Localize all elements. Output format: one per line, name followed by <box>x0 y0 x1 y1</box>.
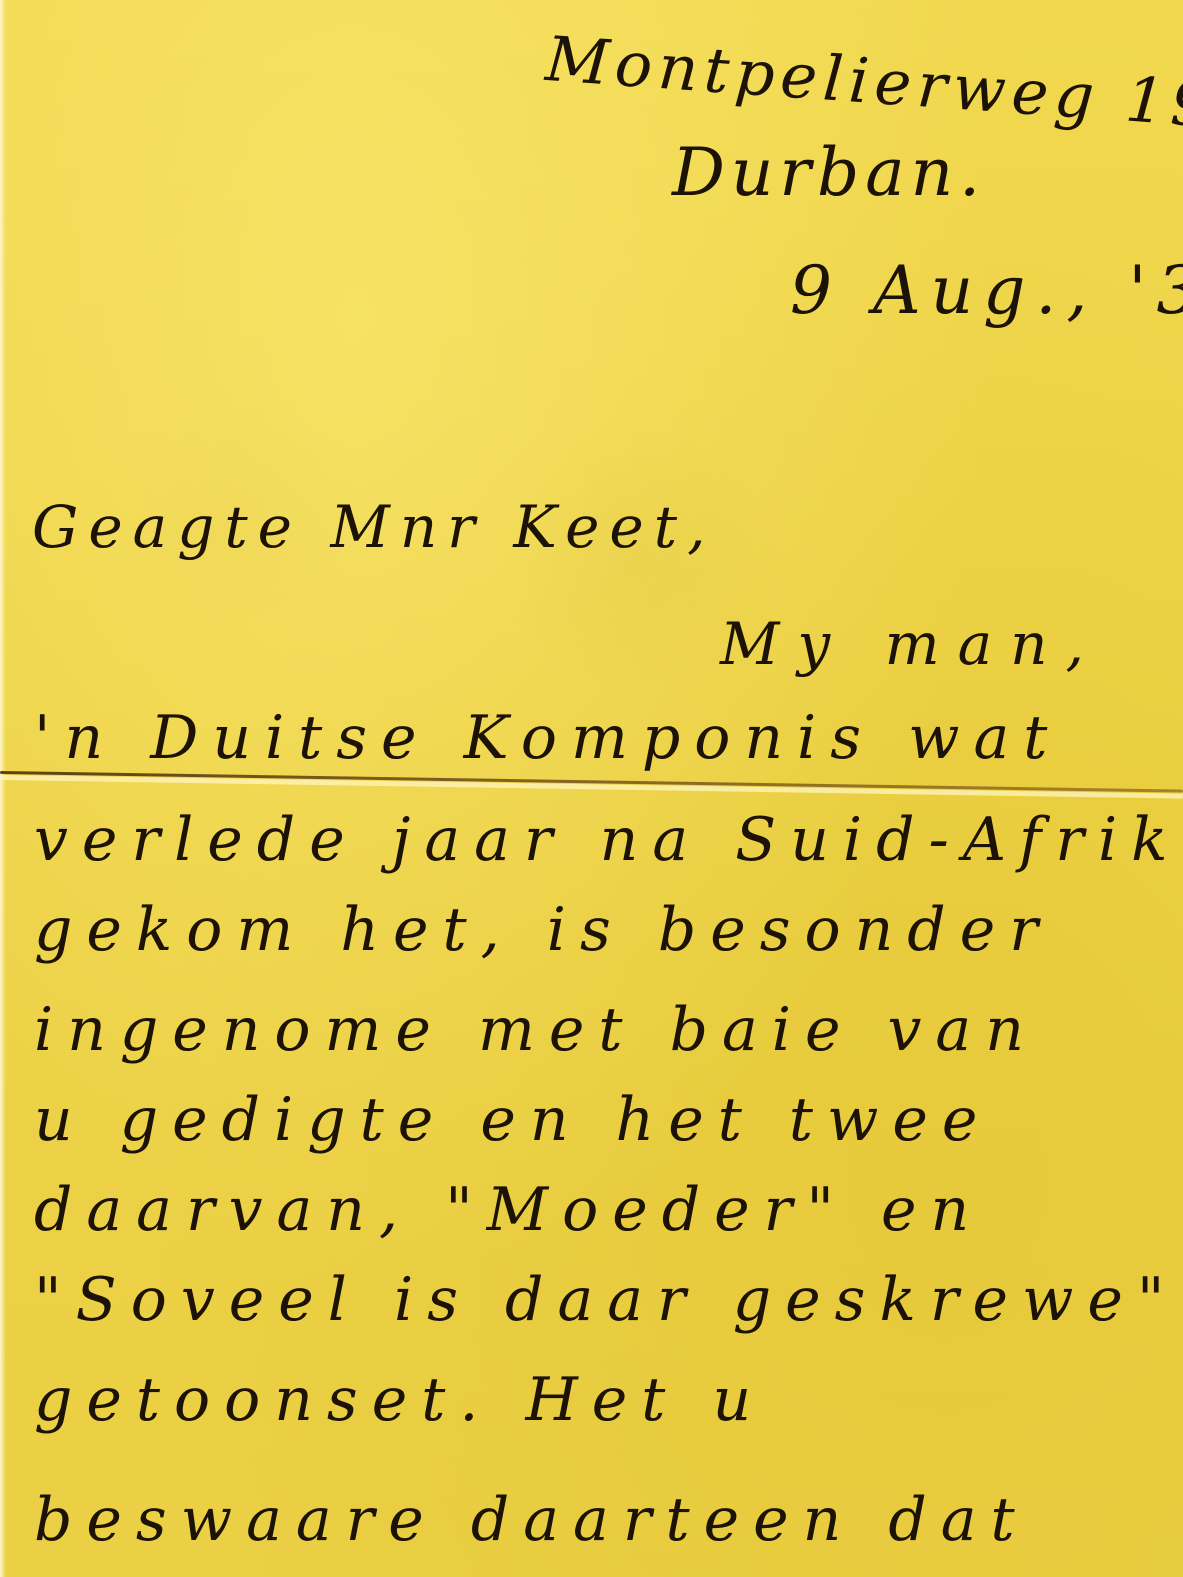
body-line: ingenome met baie van <box>34 1000 1038 1060</box>
salutation: Geagte Mnr Keet, <box>32 498 716 556</box>
body-line: gekom het, is besonder <box>34 900 1052 960</box>
paper-edge <box>0 0 6 1577</box>
body-line: 'n Duitse Komponis wat <box>34 708 1061 768</box>
body-line: "Soveel is daar geskrewe" <box>34 1270 1178 1330</box>
body-line: verlede jaar na Suid-Afrika <box>34 810 1183 870</box>
body-line: beswaare daarteen dat <box>34 1490 1029 1550</box>
address-city: Durban. <box>672 140 986 206</box>
letter-date: 9 Aug., '39 <box>790 258 1183 324</box>
body-line: daarvan, "Moeder" en <box>34 1180 983 1240</box>
body-opening: My man, <box>720 615 1102 673</box>
body-line: getoonset. Het u <box>34 1370 765 1430</box>
body-line: u gedigte en het twee <box>34 1090 991 1150</box>
